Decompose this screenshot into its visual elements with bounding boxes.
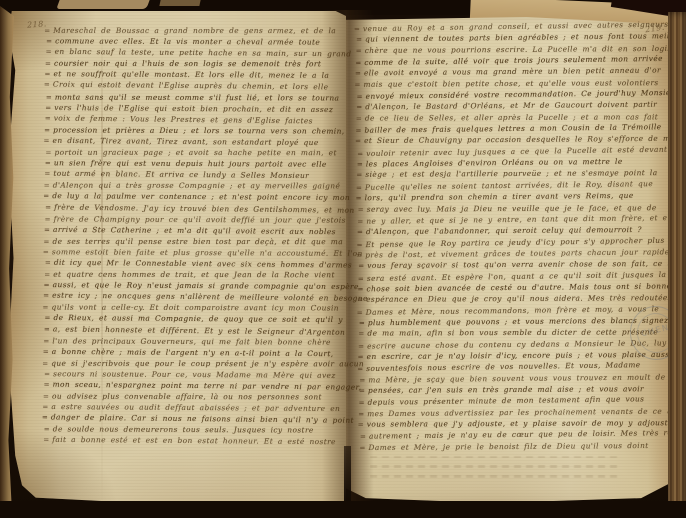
manuscript-line-text: a bonne chère ; mais de l'argent n'y en … [52, 347, 334, 358]
manuscript-line-text: de luy a la paulme ver contenance ; et n… [52, 191, 350, 202]
line-start-mark: = [43, 435, 52, 446]
manuscript-line-text: mes Dames vous advertissiez par les proc… [367, 406, 682, 418]
line-start-mark: = [358, 420, 367, 431]
manuscript-line-text: de Rieux, et aussi ma Compagnie, de quoy… [53, 313, 342, 324]
manuscript-line-text: Croix qui estoit devant l'Eglise auprès … [53, 80, 329, 92]
manuscript-line-text: de ma main, afin si bon vous semble du d… [367, 328, 658, 338]
line-start-mark: = [44, 380, 53, 391]
manuscript-line-text: fait a bonne esté et est en bon estat ho… [52, 435, 336, 446]
line-start-mark: = [358, 352, 367, 363]
manuscript-line-text: en disant, Tirez avant, Tirez avant, son… [53, 136, 319, 147]
line-start-mark: = [355, 80, 364, 91]
manuscript-line-text: dit icy que Mr le Connestable vient avec… [54, 258, 352, 270]
line-start-mark: = [358, 329, 367, 340]
line-start-mark: = [44, 80, 53, 91]
line-start-mark: = [357, 295, 366, 306]
manuscript-line-text: d'Alençon, le Bastard d'Orléans, et Mr d… [365, 100, 657, 111]
manuscript-line-text: espérance en Dieu que je croy qu'il nous… [366, 293, 672, 304]
line-start-mark: = [46, 47, 55, 58]
manuscript-line-text: a, est bien honneste et différent. Et y … [53, 324, 345, 336]
book-bottom-edge [0, 501, 686, 518]
line-start-mark: = [43, 346, 52, 357]
manuscript-line-text: que si j'escribvois que pour le coup pré… [51, 359, 364, 369]
line-start-mark: = [44, 136, 53, 147]
page-edge-fragment [159, 0, 200, 6]
line-start-mark: = [45, 113, 54, 124]
line-start-mark: = [42, 413, 51, 424]
manuscript-line-text: et quatre cens hommes de trait, et que J… [53, 270, 335, 280]
manuscript-line: =Dames et Mère, je prie le benoist filz … [359, 440, 661, 454]
manuscript-line-text: ou advisez plus convenable affaire, là o… [52, 392, 322, 402]
line-start-mark: = [45, 202, 54, 213]
manuscript-line-text: voix de femme : Vous les Prestres et gen… [54, 113, 313, 125]
manuscript-line-text: l'un des principaux Gouverneurs, qui me … [52, 336, 331, 346]
manuscript-line-text: monta sans qu'il se meust comme s'il fus… [55, 92, 340, 102]
manuscript-line-text: elle avoit envoyé a vous ma grand mère u… [364, 66, 661, 78]
manuscript-line-text: portoit un gracieux page ; et avoit sa h… [55, 148, 337, 157]
line-start-mark: = [45, 258, 54, 269]
right-page-text: =venue au Roy et a son grand conseil, et… [355, 20, 661, 454]
line-start-mark: = [355, 136, 364, 147]
line-start-mark: = [43, 291, 52, 302]
manuscript-line-text: plus humblement que pouvons ; et vous me… [368, 316, 669, 328]
manuscript-line-text: seray avec luy. Mais ja Dieu ne veuille … [367, 203, 657, 213]
book-fore-edge-pages [668, 12, 686, 512]
torn-left-edge [0, 6, 14, 511]
manuscript-line-text: d'Alençon, que l'abandonner, qui seroit … [366, 225, 642, 236]
manuscript-line-text: ma Mère, je sçay que bien souvent vous v… [368, 372, 665, 384]
manuscript-line-text: procession et prières a Dieu ; et lors s… [53, 125, 344, 135]
line-start-mark: = [356, 113, 365, 124]
left-page-text: =Mareschal de Boussac a grand nombre de … [43, 24, 338, 447]
manuscript-line-text: arrivé a Ste Catherine ; et m'a dit qu'i… [53, 225, 336, 236]
manuscript-line-text: frère de Champigny pour ce qu'il avoit d… [54, 214, 346, 224]
manuscript-line-text: lors, qu'il prendra son chemin a tirer a… [365, 191, 634, 202]
manuscript-line-text: coursier noir qui a l'huis de son logis … [54, 59, 321, 69]
manuscript-line-text: tout armé en blanc. Et arriva ce lundy a… [53, 169, 309, 180]
manuscript-line-text: Mareschal de Boussac a grand nombre de g… [53, 26, 336, 35]
page-edge-fragment [56, 0, 149, 9]
manuscript-line-text: d'Alençon qui a très grosse Compagnie ; … [53, 181, 341, 191]
manuscript-line-text: de ses terres qu'il pense estre bien tos… [52, 237, 343, 246]
manuscript-photo: 218. 219. =Mareschal de Boussac a grand … [0, 0, 686, 518]
manuscript-line-text: Dames et Mère, je prie le benoist filz d… [368, 441, 648, 452]
line-start-mark: = [358, 261, 367, 272]
ink-bleedthrough [370, 456, 620, 478]
line-start-mark: = [359, 386, 368, 397]
manuscript-line-text: somme estoit bien faite et plus grosse q… [52, 247, 363, 258]
line-start-mark: = [44, 225, 53, 236]
manuscript-line: =de ses terres qu'il pense estre bien to… [43, 236, 335, 247]
line-start-mark: = [44, 324, 53, 335]
gutter-slit [344, 446, 351, 506]
line-start-mark: = [356, 46, 365, 57]
manuscript-line-text: commune avec elles. Et la vis monter a c… [55, 36, 320, 46]
manuscript-line-text: qui viennent de toutes parts bien agréab… [365, 31, 686, 44]
line-start-mark: = [356, 170, 365, 181]
line-start-mark: = [358, 204, 367, 215]
manuscript-line: =fait a bonne esté et est en bon estat h… [43, 434, 335, 447]
line-start-mark: = [44, 169, 53, 180]
line-start-mark: = [359, 443, 368, 454]
manuscript-line: =Mareschal de Boussac a grand nombre de … [44, 25, 336, 36]
manuscript-line-text: frère de Vendosme. J'ay icy trouvé bien … [54, 202, 355, 214]
line-start-mark: = [357, 227, 366, 238]
